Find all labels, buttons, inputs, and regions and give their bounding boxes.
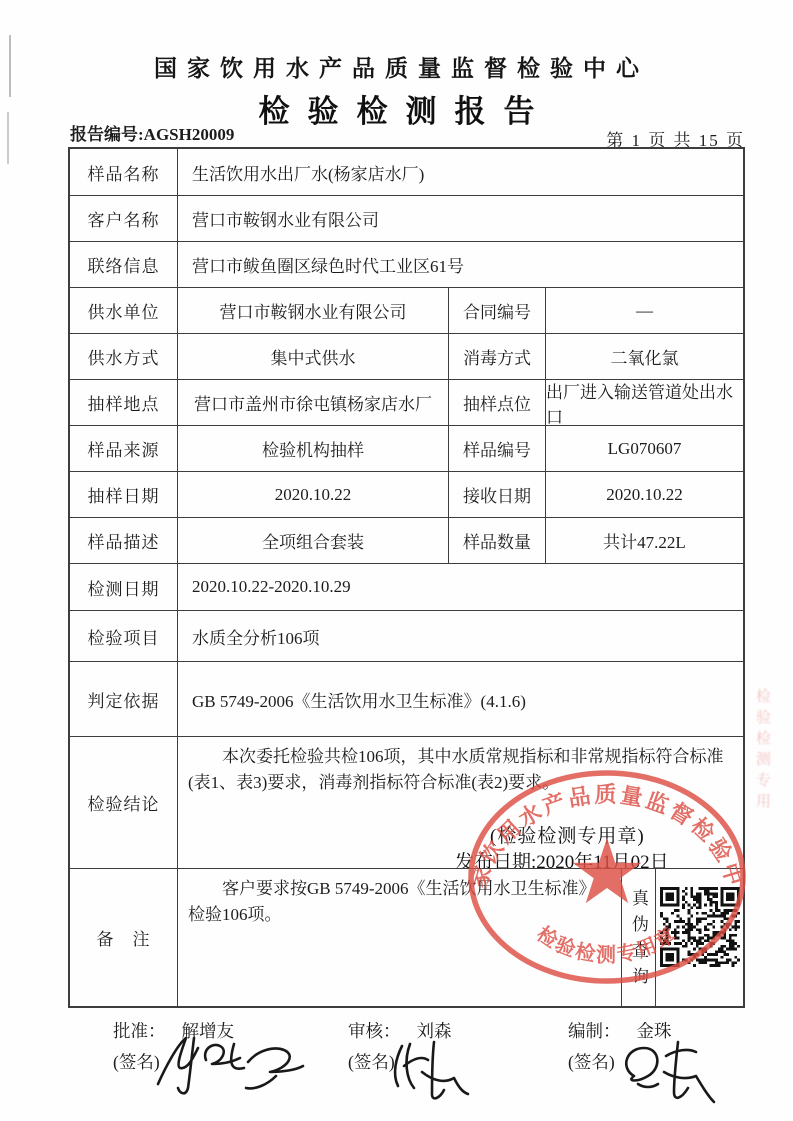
report-number-label: 报告编号:	[70, 125, 144, 144]
remarks-text: 客户要求按GB 5749-2006《生活饮用水卫生标准》检验106项。	[178, 869, 621, 928]
row-value-2: LG070607	[545, 426, 743, 471]
row-sample-description: 样品描述 全项组合套装 样品数量 共计47.22L	[70, 517, 743, 563]
approve-label: 批准：	[113, 1018, 166, 1043]
row-label: 判定依据	[70, 662, 177, 736]
row-judgment-basis: 判定依据 GB 5749-2006《生活饮用水卫生标准》(4.1.6)	[70, 661, 743, 736]
row-label: 供水单位	[70, 288, 177, 333]
row-value-2: 出厂进入输送管道处出水口	[545, 380, 743, 425]
row-label: 样品来源	[70, 426, 177, 471]
approve-name: 解增友	[182, 1018, 235, 1043]
report-number-value: AGSH20009	[144, 125, 235, 144]
row-label-2: 样品数量	[448, 518, 545, 563]
row-label: 客户名称	[70, 196, 177, 241]
review-label: 审核：	[348, 1018, 401, 1043]
conclusion-cell: 本次委托检验共检106项，其中水质常规指标和非常规指标符合标准(表1、表3)要求…	[177, 737, 743, 868]
row-test-items: 检验项目 水质全分析106项	[70, 610, 743, 661]
review-sign-label: (签名)	[348, 1049, 452, 1074]
row-label-2: 抽样点位	[448, 380, 545, 425]
row-sample-source: 样品来源 检验机构抽样 样品编号 LG070607	[70, 425, 743, 471]
row-label: 抽样地点	[70, 380, 177, 425]
row-label: 检验项目	[70, 611, 177, 661]
row-value: 营口市鞍钢水业有限公司	[177, 196, 743, 241]
prepare-sign-label: (签名)	[568, 1049, 672, 1074]
row-sampling-date: 抽样日期 2020.10.22 接收日期 2020.10.22	[70, 471, 743, 517]
row-supply-mode: 供水方式 集中式供水 消毒方式 二氧化氯	[70, 333, 743, 379]
row-sample-name: 样品名称 生活饮用水出厂水(杨家店水厂)	[70, 149, 743, 195]
authenticity-check-label: 真伪查询	[626, 883, 651, 993]
row-sampling-site: 抽样地点 营口市盖州市徐屯镇杨家店水厂 抽样点位 出厂进入输送管道处出水口	[70, 379, 743, 425]
verify-label-cell: 真伪查询	[621, 869, 655, 1006]
row-value-2: 共计47.22L	[545, 518, 743, 563]
row-value: 2020.10.22	[177, 472, 448, 517]
row-water-supplier: 供水单位 营口市鞍钢水业有限公司 合同编号 —	[70, 287, 743, 333]
row-value-2: 二氧化氯	[545, 334, 743, 379]
prepare-name: 金珠	[637, 1018, 672, 1043]
row-value: 集中式供水	[177, 334, 448, 379]
row-value: 营口市盖州市徐屯镇杨家店水厂	[177, 380, 448, 425]
row-value-2: 2020.10.22	[545, 472, 743, 517]
row-label: 联络信息	[70, 242, 177, 287]
row-value: 2020.10.22-2020.10.29	[177, 564, 743, 610]
approve-sign-label: (签名)	[113, 1049, 234, 1074]
row-label-2: 合同编号	[448, 288, 545, 333]
row-value: GB 5749-2006《生活饮用水卫生标准》(4.1.6)	[177, 662, 743, 736]
info-table: 样品名称 生活饮用水出厂水(杨家店水厂) 客户名称 营口市鞍钢水业有限公司 联络…	[68, 147, 745, 1008]
review-block: 审核： 刘森 (签名)	[348, 1018, 452, 1074]
issue-date-text: 发布日期:2020年11月02日	[455, 847, 669, 868]
conclusion-text: 本次委托检验共检106项，其中水质常规指标和非常规指标符合标准(表1、表3)要求…	[178, 737, 743, 796]
row-label: 检测日期	[70, 564, 177, 610]
seal-note-text: (检验检测专用章)	[490, 821, 645, 848]
row-value: 生活饮用水出厂水(杨家店水厂)	[177, 149, 743, 195]
row-label: 备 注	[70, 869, 177, 1006]
qr-code	[660, 887, 740, 967]
row-value: 营口市鞍钢水业有限公司	[177, 288, 448, 333]
prepare-label: 编制：	[568, 1018, 621, 1043]
row-label: 抽样日期	[70, 472, 177, 517]
row-value: 水质全分析106项	[177, 611, 743, 661]
row-label: 检验结论	[70, 737, 177, 868]
row-label-2: 消毒方式	[448, 334, 545, 379]
row-label-2: 接收日期	[448, 472, 545, 517]
row-client-name: 客户名称 营口市鞍钢水业有限公司	[70, 195, 743, 241]
row-label: 样品描述	[70, 518, 177, 563]
row-remarks: 备 注 客户要求按GB 5749-2006《生活饮用水卫生标准》检验106项。 …	[70, 868, 743, 1006]
row-contact-info: 联络信息 营口市鲅鱼圈区绿色时代工业区61号	[70, 241, 743, 287]
qr-cell	[655, 869, 743, 1006]
remarks-cell: 客户要求按GB 5749-2006《生活饮用水卫生标准》检验106项。	[177, 869, 621, 1006]
scanned-report-page: 国家饮用水产品质量监督检验中心 检验检测报告 报告编号:AGSH20009 第 …	[0, 0, 793, 1121]
row-test-date: 检测日期 2020.10.22-2020.10.29	[70, 563, 743, 610]
row-test-conclusion: 检验结论 本次委托检验共检106项，其中水质常规指标和非常规指标符合标准(表1、…	[70, 736, 743, 868]
prepare-block: 编制： 金珠 (签名)	[568, 1018, 672, 1074]
approve-block: 批准： 解增友 (签名)	[113, 1018, 234, 1074]
organization-title: 国家饮用水产品质量监督检验中心	[0, 50, 793, 83]
stamp-bleed-through: 检验检测专用	[752, 688, 773, 814]
report-number: 报告编号:AGSH20009	[70, 120, 234, 145]
review-name: 刘森	[417, 1018, 452, 1043]
row-value: 检验机构抽样	[177, 426, 448, 471]
row-value-2: —	[545, 288, 743, 333]
row-label: 供水方式	[70, 334, 177, 379]
row-value: 营口市鲅鱼圈区绿色时代工业区61号	[177, 242, 743, 287]
row-label-2: 样品编号	[448, 426, 545, 471]
row-value: 全项组合套装	[177, 518, 448, 563]
row-label: 样品名称	[70, 149, 177, 195]
